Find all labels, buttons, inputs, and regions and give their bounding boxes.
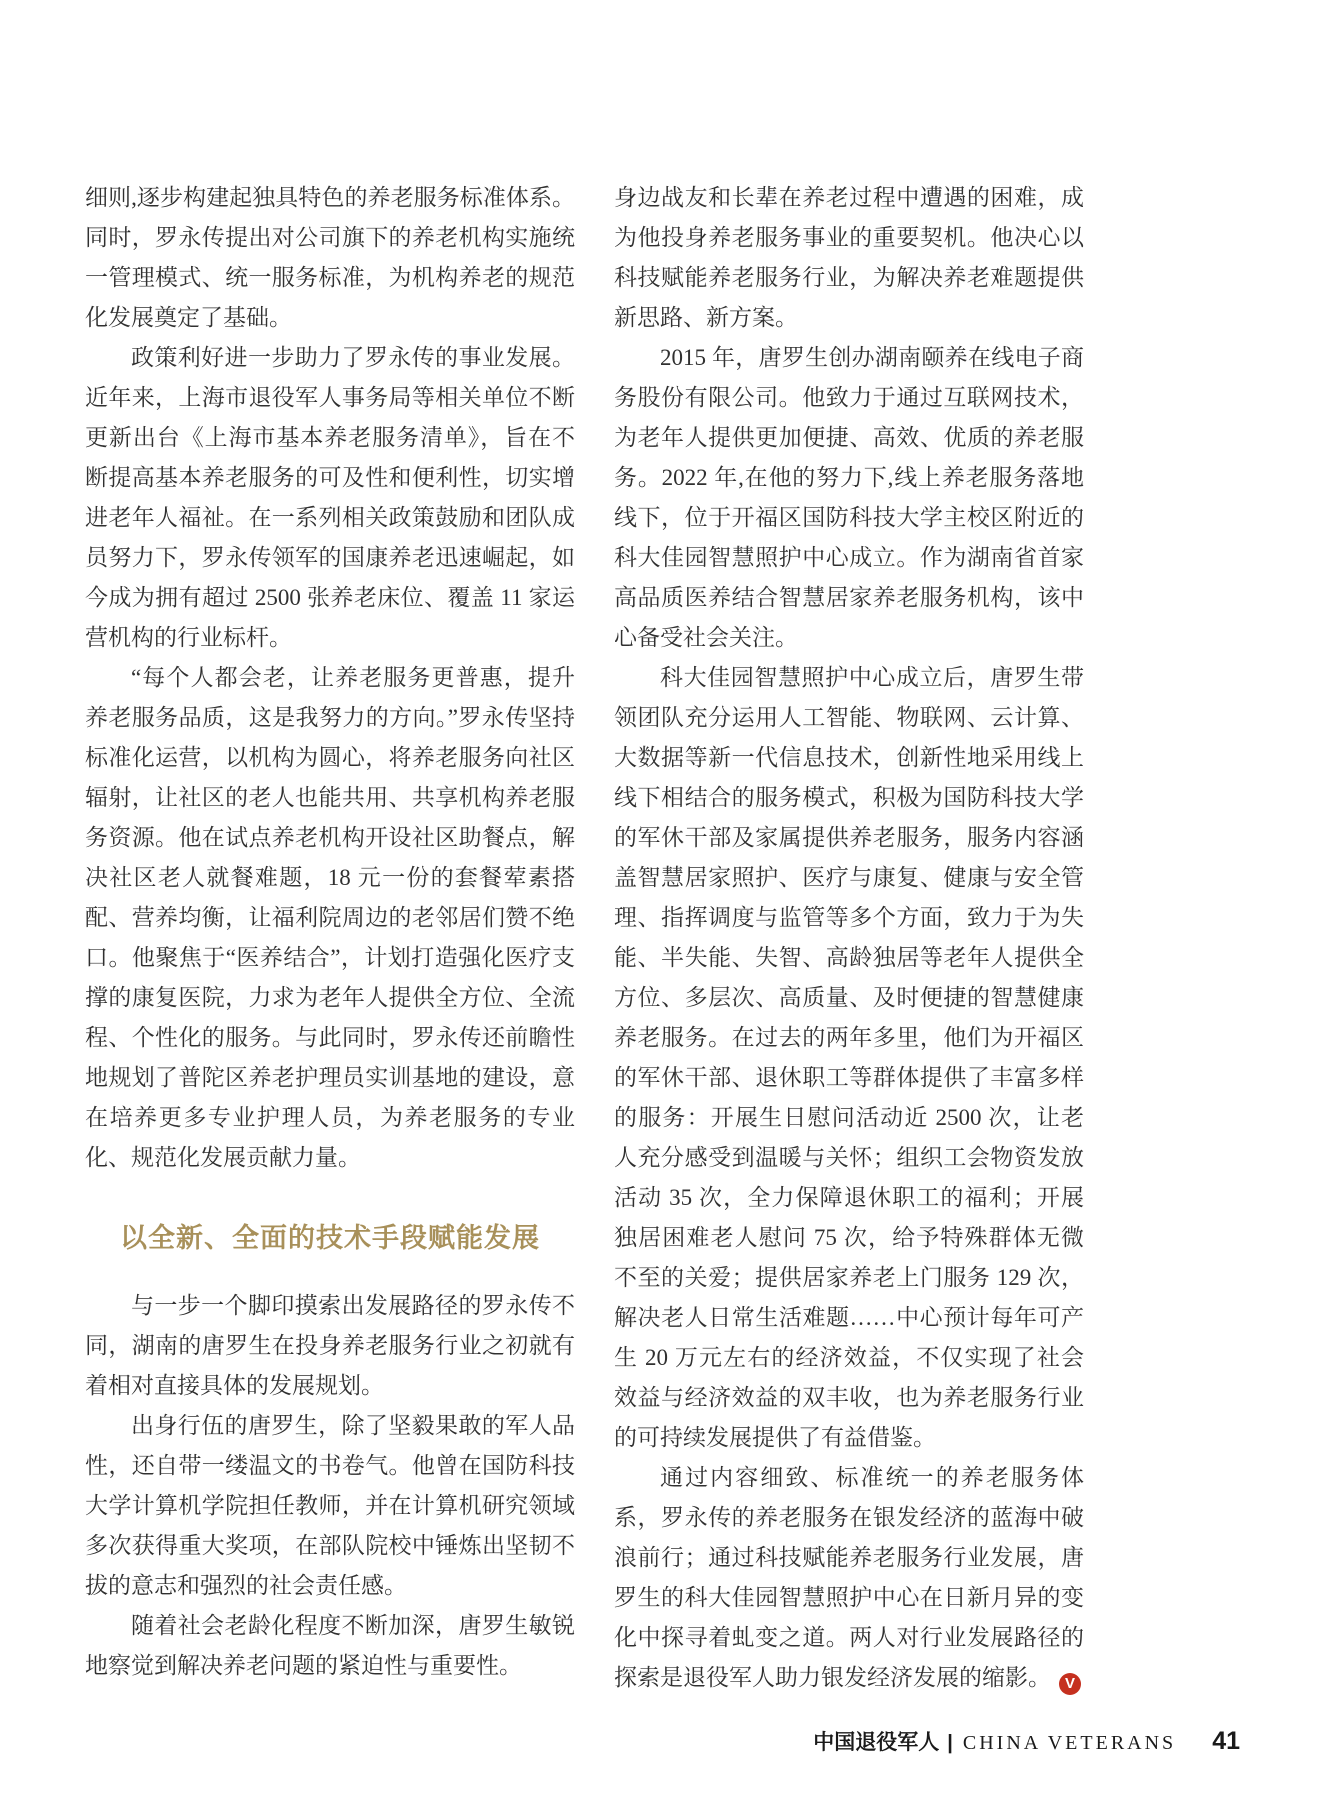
left-column: 细则,逐步构建起独具特色的养老服务标准体系。同时，罗永传提出对公司旗下的养老机构… <box>85 178 575 1686</box>
paragraph: 政策利好进一步助力了罗永传的事业发展。近年来，上海市退役军人事务局等相关单位不断… <box>85 338 575 658</box>
paragraph: 科大佳园智慧照护中心成立后，唐罗生带领团队充分运用人工智能、物联网、云计算、大数… <box>614 658 1084 1458</box>
page-number: 41 <box>1212 1727 1240 1755</box>
footer-separator: | <box>947 1732 953 1754</box>
page-footer: 中国退役军人|CHINA VETERANS41 <box>0 1726 1240 1756</box>
paragraph: “每个人都会老，让养老服务更普惠，提升养老服务品质，这是我努力的方向。”罗永传坚… <box>85 658 575 1178</box>
paragraph: 出身行伍的唐罗生，除了坚毅果敢的军人品性，还自带一缕温文的书卷气。他曾在国防科技… <box>85 1406 575 1606</box>
paragraph: 细则,逐步构建起独具特色的养老服务标准体系。同时，罗永传提出对公司旗下的养老机构… <box>85 178 575 338</box>
paragraph: 随着社会老龄化程度不断加深，唐罗生敏锐地察觉到解决养老问题的紧迫性与重要性。 <box>85 1606 575 1686</box>
section-heading: 以全新、全面的技术手段赋能发展 <box>85 1218 575 1258</box>
paragraph: 通过内容细致、标准统一的养老服务体系，罗永传的养老服务在银发经济的蓝海中破浪前行… <box>614 1458 1084 1698</box>
paragraph-text: 通过内容细致、标准统一的养老服务体系，罗永传的养老服务在银发经济的蓝海中破浪前行… <box>614 1465 1084 1690</box>
magazine-title-en: CHINA VETERANS <box>963 1732 1176 1754</box>
end-of-article-icon: V <box>1059 1673 1081 1695</box>
right-column: 身边战友和长辈在养老过程中遭遇的困难，成为他投身养老服务事业的重要契机。他决心以… <box>614 178 1084 1698</box>
paragraph: 2015 年，唐罗生创办湖南颐养在线电子商务股份有限公司。他致力于通过互联网技术… <box>614 338 1084 658</box>
magazine-page: 细则,逐步构建起独具特色的养老服务标准体系。同时，罗永传提出对公司旗下的养老机构… <box>0 0 1323 1795</box>
paragraph: 身边战友和长辈在养老过程中遭遇的困难，成为他投身养老服务事业的重要契机。他决心以… <box>614 178 1084 338</box>
paragraph: 与一步一个脚印摸索出发展路径的罗永传不同，湖南的唐罗生在投身养老服务行业之初就有… <box>85 1286 575 1406</box>
magazine-title-cn: 中国退役军人 <box>813 1731 939 1754</box>
